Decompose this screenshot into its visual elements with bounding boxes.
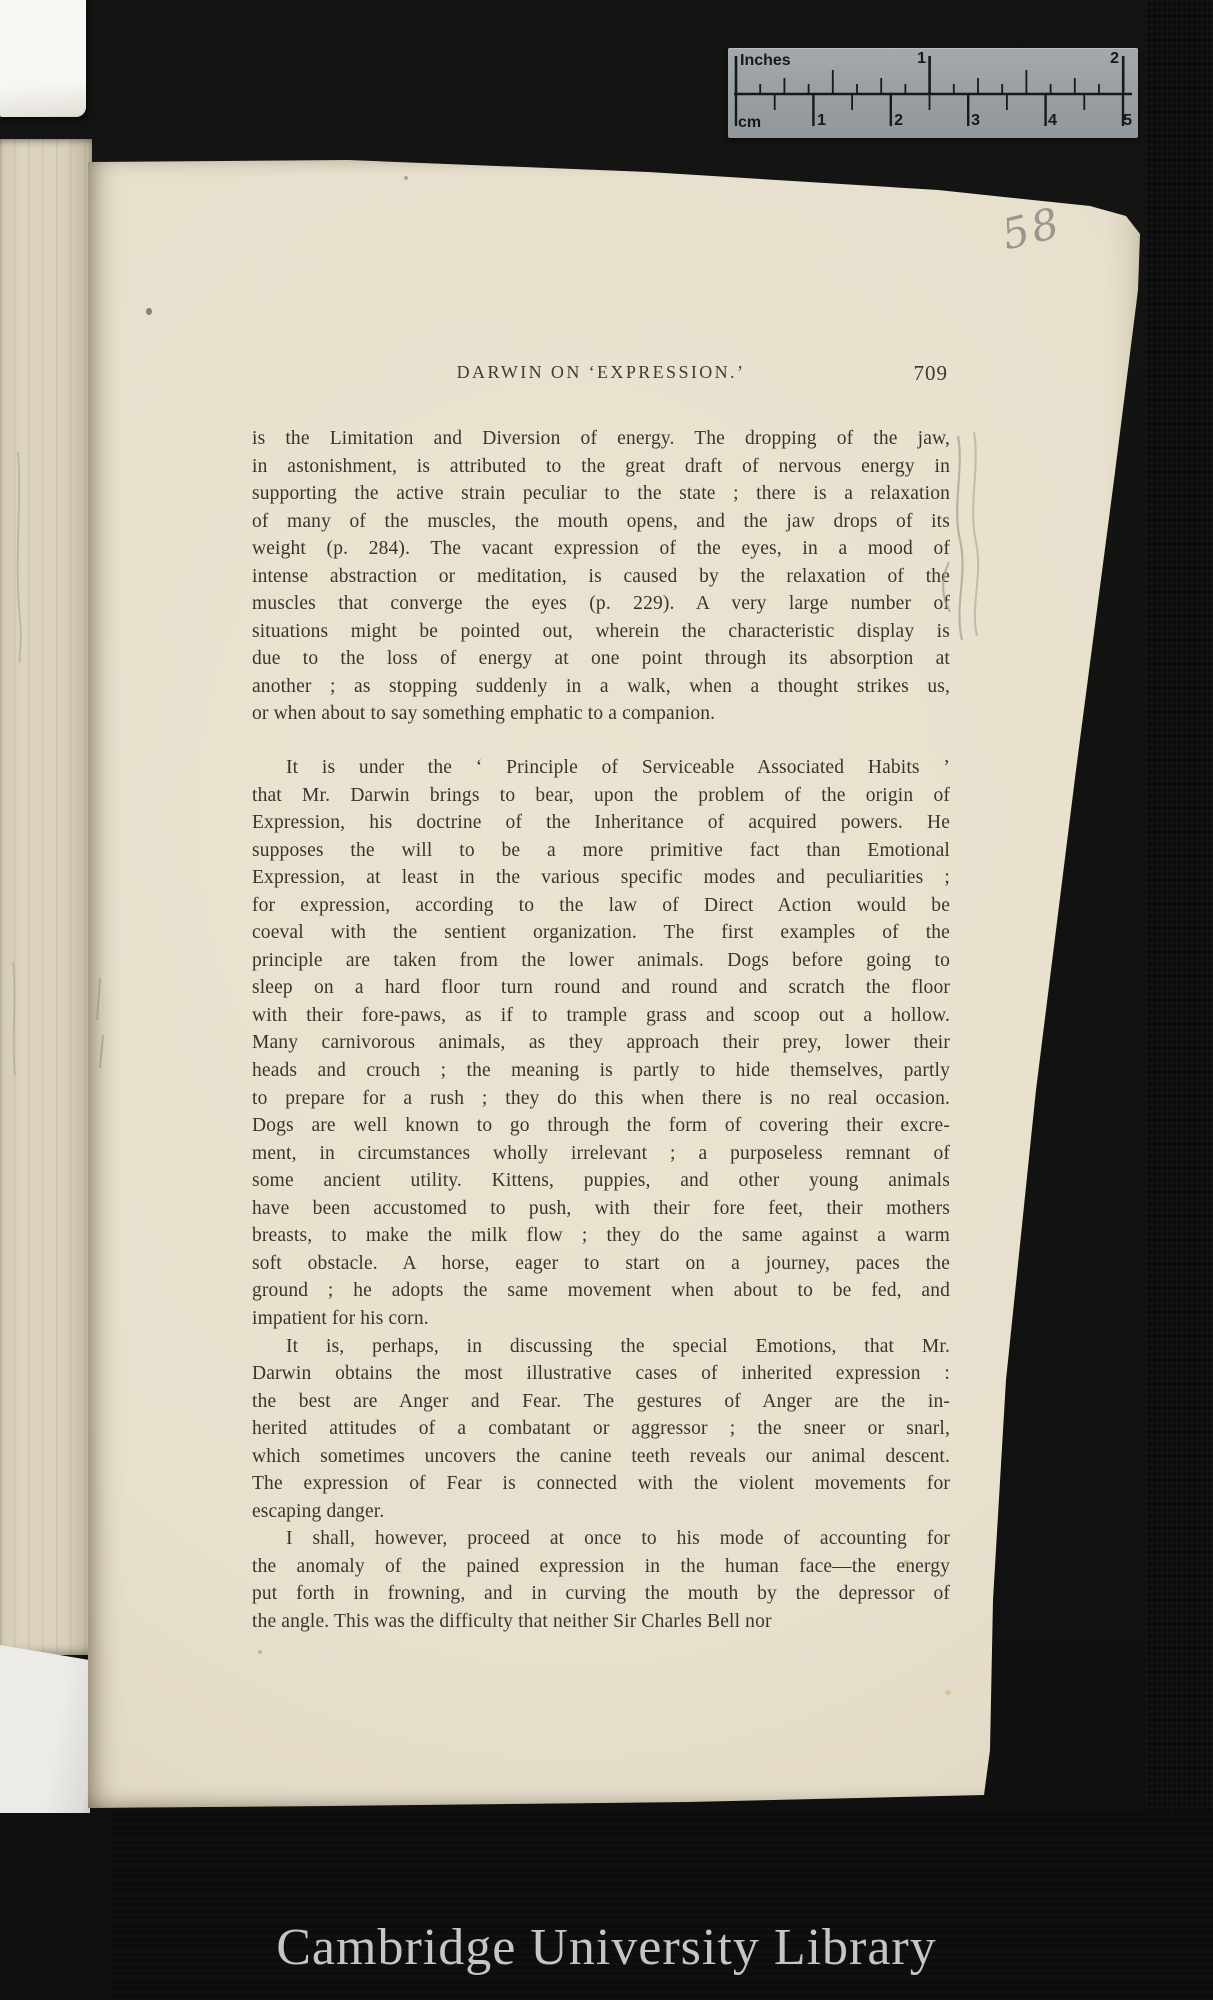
- adjacent-page-edge: [0, 139, 92, 1655]
- text-line: Many carnivorous animals, as they approa…: [252, 1029, 950, 1057]
- text-line: Darwin obtains the most illustrative cas…: [252, 1360, 950, 1388]
- cloth-background-band: [1146, 0, 1213, 2000]
- text-line: principle are taken from the lower anima…: [252, 947, 950, 975]
- text-line: herited attitudes of a combatant or aggr…: [252, 1415, 950, 1443]
- text-line: escaping danger.: [252, 1498, 950, 1526]
- text-line: which sometimes uncovers the canine teet…: [252, 1443, 950, 1471]
- text-line: or when about to say something emphatic …: [252, 700, 950, 728]
- text-line: supposes the will to be a more primitive…: [252, 837, 950, 865]
- text-line: I shall, however, proceed at once to his…: [252, 1525, 950, 1553]
- text-line: due to the loss of energy at one point t…: [252, 645, 950, 673]
- text-line: It is under the ‘ Principle of Serviceab…: [252, 754, 950, 782]
- text-line: the best are Anger and Fear. The gesture…: [252, 1388, 950, 1416]
- ruler-cm-number: 5: [1118, 112, 1132, 130]
- text-line: It is, perhaps, in discussing the specia…: [252, 1333, 950, 1361]
- paragraph: It is, perhaps, in discussing the specia…: [252, 1333, 950, 1526]
- ruler-cm-label: cm: [738, 114, 761, 132]
- text-line: ment, in circumstances wholly irrelevant…: [252, 1140, 950, 1168]
- scanned-photo: DARWIN ON ‘EXPRESSION.’ 709 is the Limit…: [0, 0, 1213, 2000]
- text-line: some ancient utility. Kittens, puppies, …: [252, 1167, 950, 1195]
- text-line: ground ; he adopts the same movement whe…: [252, 1277, 950, 1305]
- text-line: put forth in frowning, and in curving th…: [252, 1580, 950, 1608]
- text-line: weight (p. 284). The vacant expression o…: [252, 535, 950, 563]
- text-line: situations might be pointed out, wherein…: [252, 618, 950, 646]
- text-line: the anomaly of the pained expression in …: [252, 1553, 950, 1581]
- text-line: heads and crouch ; the meaning is partly…: [252, 1057, 950, 1085]
- text-line: the angle. This was the difficulty that …: [252, 1608, 950, 1636]
- ruler-cm-number: 1: [812, 112, 826, 130]
- text-line: Expression, his doctrine of the Inherita…: [252, 809, 950, 837]
- ruler-inch-number: 2: [1105, 50, 1119, 68]
- text-line: sleep on a hard floor turn round and rou…: [252, 974, 950, 1002]
- running-header: DARWIN ON ‘EXPRESSION.’ 709: [252, 362, 950, 390]
- text-line: with their fore-paws, as if to trample g…: [252, 1002, 950, 1030]
- flyleaf-bottom-corner: [0, 1645, 90, 1813]
- body-text: is the Limitation and Diversion of energ…: [252, 425, 950, 1636]
- book-page: DARWIN ON ‘EXPRESSION.’ 709 is the Limit…: [88, 150, 1150, 1812]
- ruler-cm-number: 4: [1043, 112, 1057, 130]
- text-line: Dogs are well known to go through the fo…: [252, 1112, 950, 1140]
- paragraph: It is under the ‘ Principle of Serviceab…: [252, 754, 950, 1332]
- ruler-inches-label: Inches: [740, 52, 791, 70]
- text-line: for expression, according to the law of …: [252, 892, 950, 920]
- running-header-title: DARWIN ON ‘EXPRESSION.’: [252, 362, 950, 383]
- text-line: Expression, at least in the various spec…: [252, 864, 950, 892]
- measurement-ruler: Inches cm 1 2 1 2 3 4 5: [728, 48, 1138, 138]
- paragraph: I shall, however, proceed at once to his…: [252, 1525, 950, 1635]
- ruler-cm-number: 3: [966, 112, 980, 130]
- text-line: another ; as stopping suddenly in a walk…: [252, 673, 950, 701]
- text-line: The expression of Fear is connected with…: [252, 1470, 950, 1498]
- text-line: breasts, to make the milk flow ; they do…: [252, 1222, 950, 1250]
- library-watermark: Cambridge University Library: [0, 1918, 1213, 1977]
- text-line: that Mr. Darwin brings to bear, upon the…: [252, 782, 950, 810]
- text-line: have been accustomed to push, with their…: [252, 1195, 950, 1223]
- text-line: coeval with the sentient organization. T…: [252, 919, 950, 947]
- paragraph: is the Limitation and Diversion of energ…: [252, 425, 950, 728]
- text-line: muscles that converge the eyes (p. 229).…: [252, 590, 950, 618]
- flyleaf-corner: [0, 0, 86, 117]
- ruler-cm-number: 2: [889, 112, 903, 130]
- text-line: is the Limitation and Diversion of energ…: [252, 425, 950, 453]
- page-number: 709: [914, 361, 949, 386]
- text-line: impatient for his corn.: [252, 1305, 950, 1333]
- ruler-inch-number: 1: [912, 50, 926, 68]
- text-line: in astonishment, is attributed to the gr…: [252, 453, 950, 481]
- text-line: of many of the muscles, the mouth opens,…: [252, 508, 950, 536]
- text-line: soft obstacle. A horse, eager to start o…: [252, 1250, 950, 1278]
- text-line: to prepare for a rush ; they do this whe…: [252, 1085, 950, 1113]
- text-line: supporting the active strain peculiar to…: [252, 480, 950, 508]
- text-line: intense abstraction or meditation, is ca…: [252, 563, 950, 591]
